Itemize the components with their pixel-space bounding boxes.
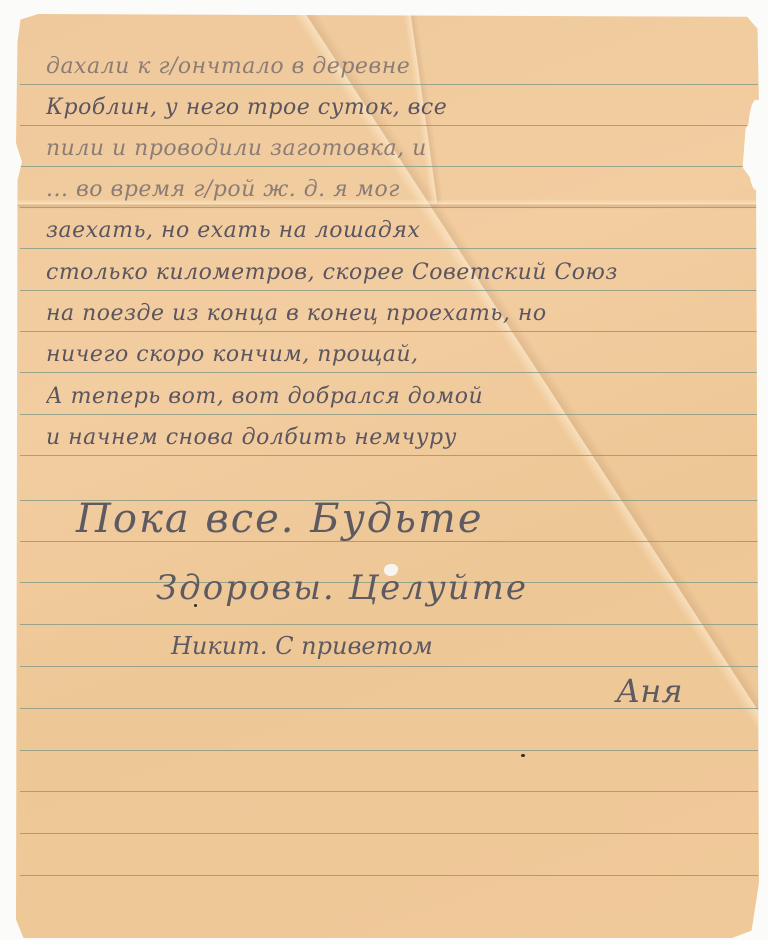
ruled-line — [20, 875, 758, 876]
signature: Аня — [616, 672, 683, 710]
letter-line: ничего скоро кончим, прощай, — [46, 342, 746, 367]
letter-line: Кроблин, у него трое суток, все — [46, 95, 746, 120]
closing-line: Никит. С приветом — [171, 632, 433, 660]
letter-line: заехать, но ехать на лошадях — [46, 218, 746, 243]
letter-line: и начнем снова долбить немчуру — [46, 425, 746, 450]
ruled-line — [20, 372, 758, 373]
closing-line: Пока все. Будьте — [76, 496, 484, 542]
ink-spot — [521, 754, 525, 757]
ruled-line — [20, 750, 758, 751]
ruled-line — [20, 290, 758, 291]
ink-spot — [194, 604, 197, 607]
ruled-line — [20, 125, 758, 126]
paper-tear — [748, 100, 768, 190]
ruled-line — [20, 84, 758, 85]
letter-line: ... во время г/рой ж. д. я мог — [46, 177, 746, 202]
letter-line: пили и проводили заготовка, и — [46, 136, 746, 161]
ruled-line — [20, 414, 758, 415]
ruled-line — [20, 624, 758, 625]
letter-line: А теперь вот, вот добрался домой — [46, 384, 746, 409]
ruled-line — [20, 248, 758, 249]
letter-line: столько километров, скорее Советский Сою… — [46, 260, 746, 285]
ruled-line — [20, 666, 758, 667]
ruled-line — [20, 833, 758, 834]
ruled-line — [20, 791, 758, 792]
ruled-line — [20, 166, 758, 167]
letter-line: на поезде из конца в конец проехать, но — [46, 301, 746, 326]
ruled-line — [20, 455, 758, 456]
ruled-line — [20, 207, 758, 208]
letter-paper: дахали к г/ончтало в деревне Кроблин, у … — [16, 14, 762, 938]
ruled-line — [20, 331, 758, 332]
closing-line: Здоровы. Целуйте — [156, 568, 528, 608]
letter-line: дахали к г/ончтало в деревне — [46, 54, 746, 79]
